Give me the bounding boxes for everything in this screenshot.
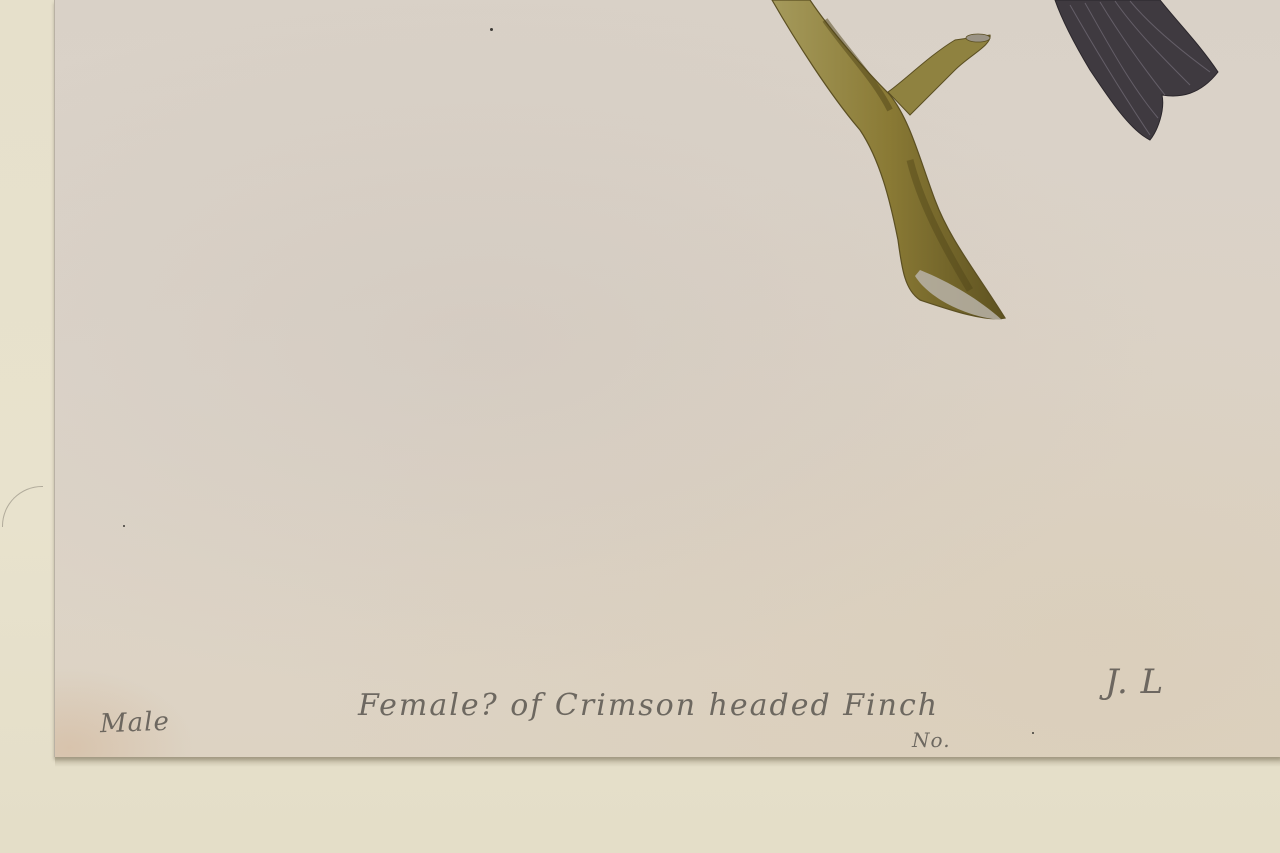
inscription-initials: J. L (1105, 662, 1164, 702)
paper-speck (490, 28, 493, 31)
inscription-number: No. (912, 728, 951, 752)
bird-tail-illustration (1050, 0, 1225, 145)
paper-speck (1032, 732, 1034, 734)
inscription-species-title: Female? of Crimson headed Finch (358, 688, 939, 723)
branch-illustration (770, 0, 1010, 330)
paper-speck (123, 525, 125, 527)
inscription-male: Male (99, 707, 170, 739)
